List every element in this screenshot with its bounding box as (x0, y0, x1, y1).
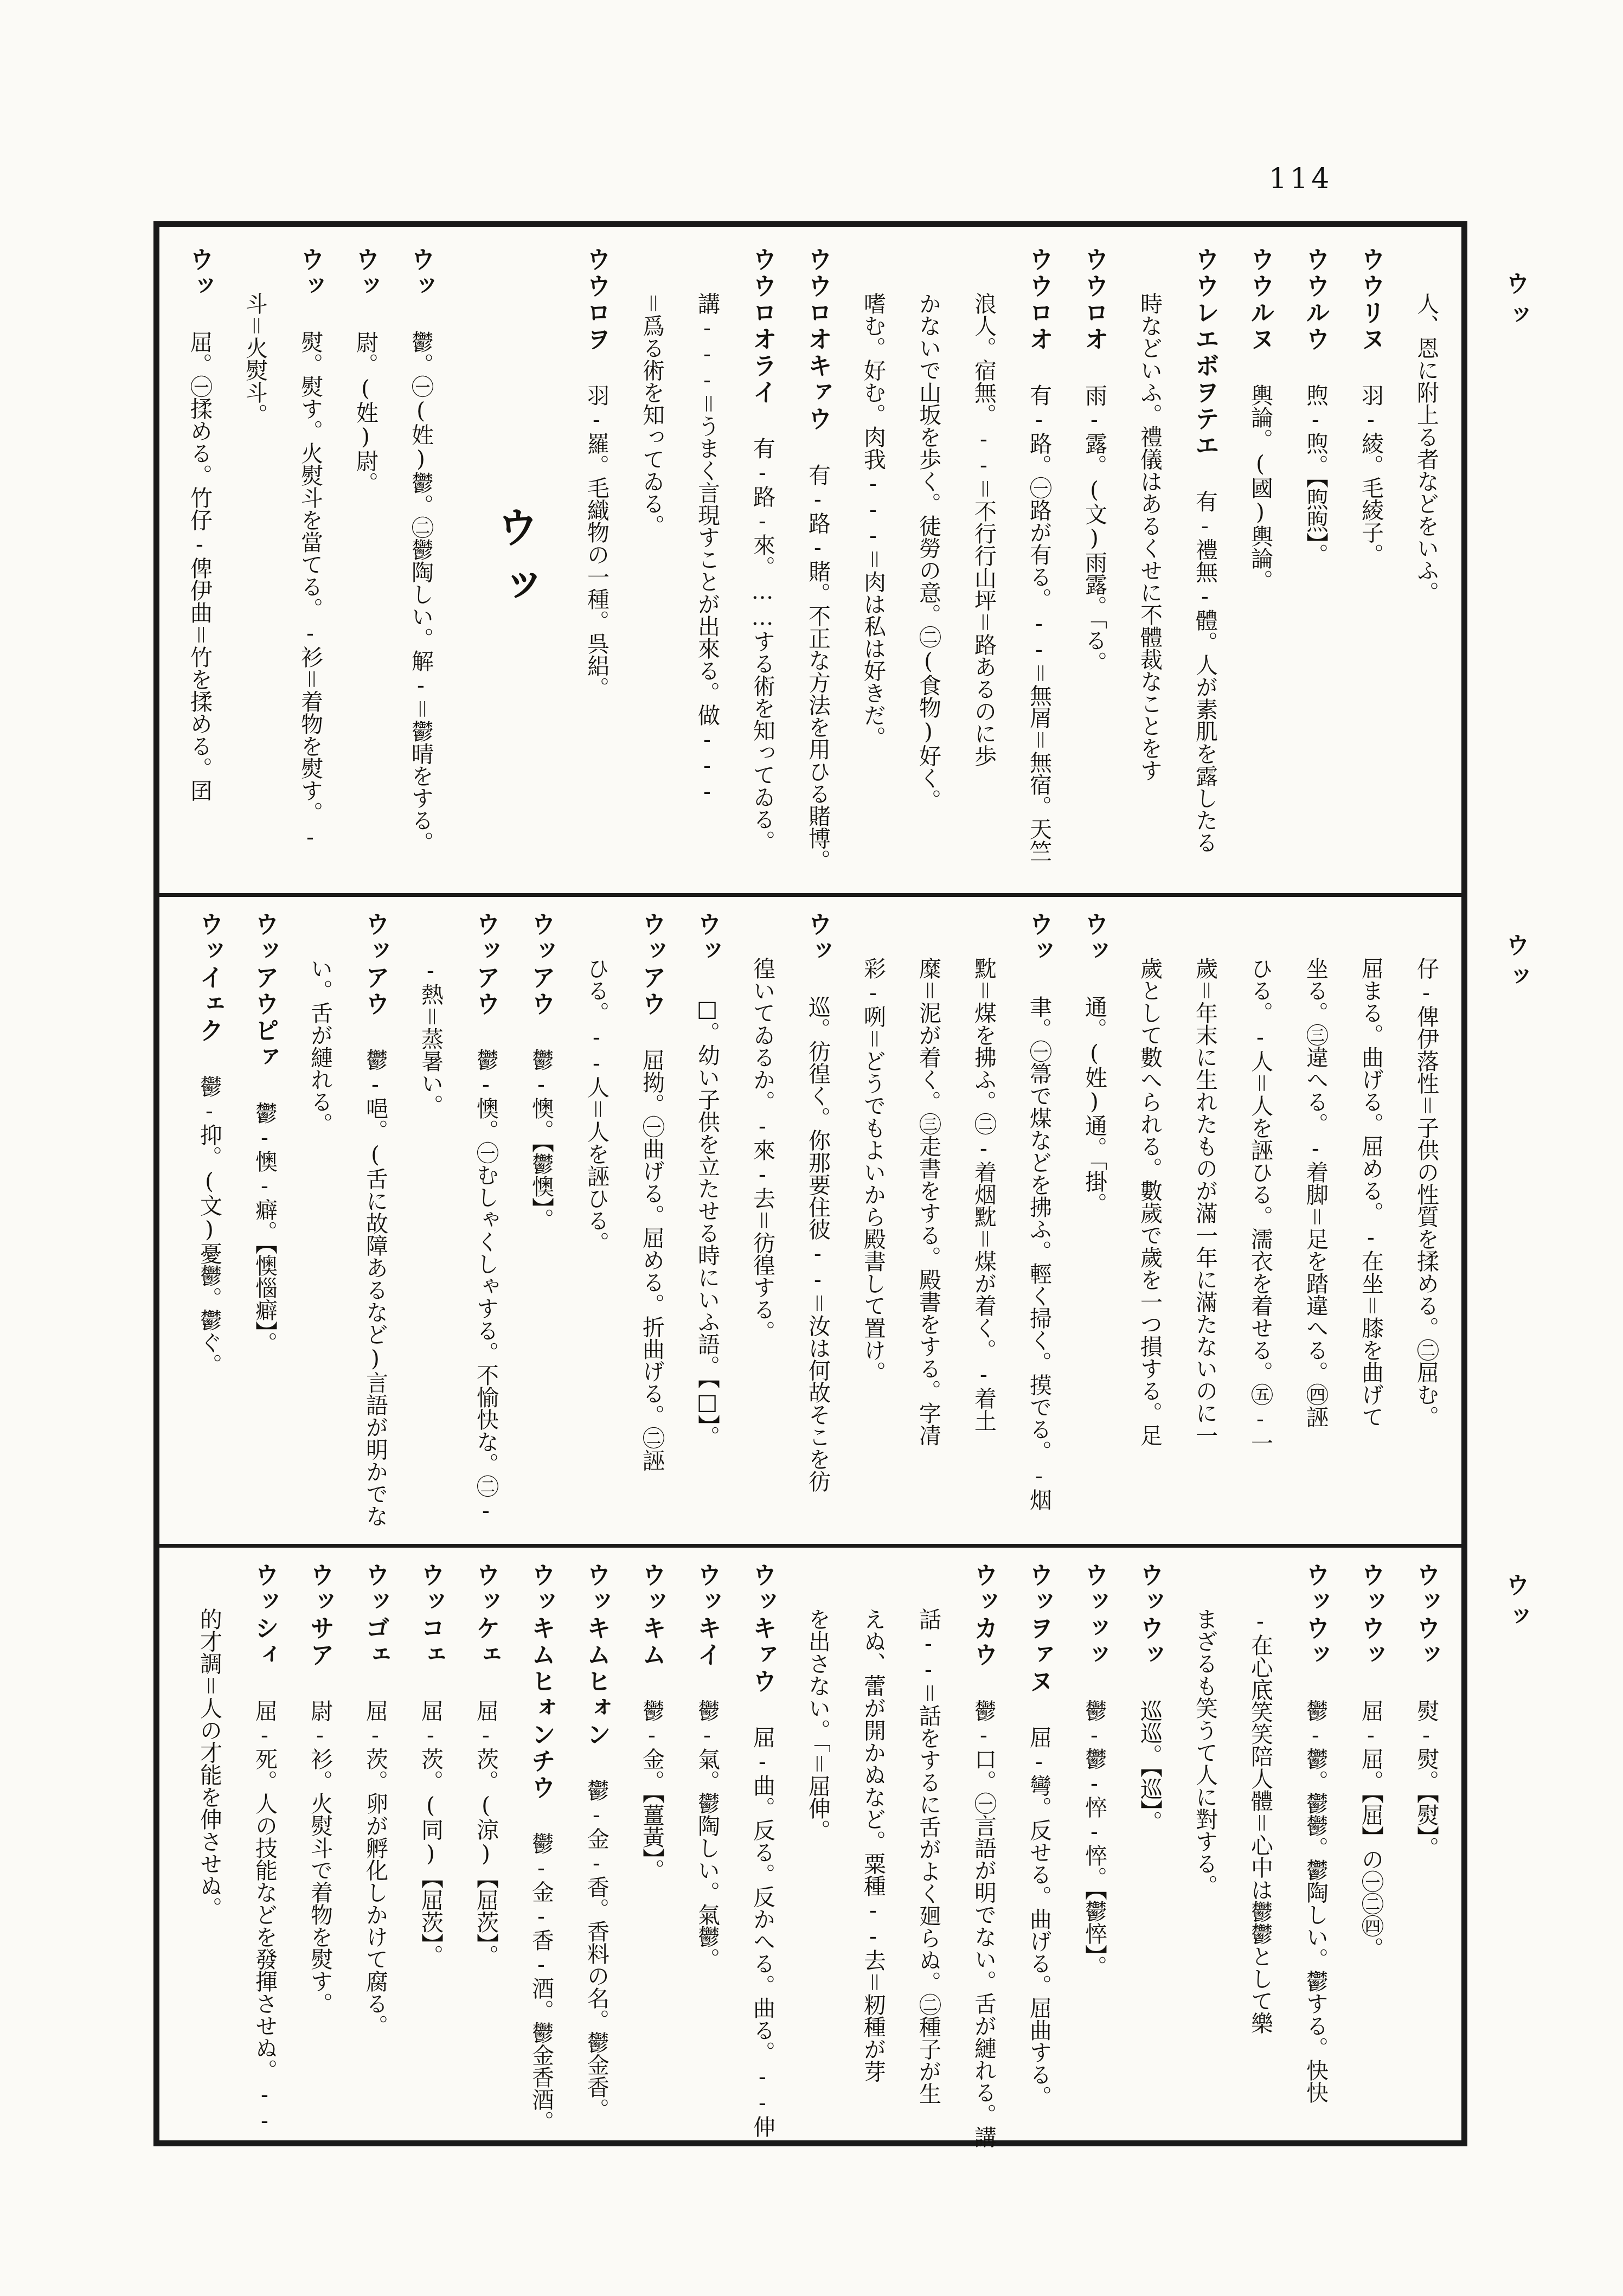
continuation-column: 歲として數へられる。數歲で歲を一つ損する。足 (1135, 912, 1170, 1535)
entry-column: ウウロオ 有-路。㊀路が有る。--＝無屑＝無宿。天竺 (1024, 247, 1059, 881)
continuation-column: 講---＝うまく言現すことが出來る。做--- (692, 247, 727, 881)
continuation-column: -熱＝蒸暑い。 (416, 912, 451, 1535)
entry-column: ウウロヲ 羽-羅。毛織物の一種。呉絽。 (582, 247, 617, 881)
headword: ウッキイ (693, 1562, 722, 1699)
entry-column: ウッ 屈。㊀揉める。竹仔-俾伊曲＝竹を揉める。囝 (185, 247, 220, 881)
definition-text: 屈-茨。(涼)【屈茨】。 (473, 1699, 499, 1967)
headword: ウッウッ (1357, 1562, 1385, 1699)
definition-text: 鬱-金-香-酒。鬱金香酒。 (528, 1832, 554, 2133)
entry-column: ウッウッ 鬱-鬱。鬱鬱。鬱陶しい。鬱する。快快と。- (1301, 1562, 1336, 2153)
headword: ウッシィ (251, 1562, 279, 1699)
headword: ウッ (1080, 912, 1109, 996)
page-border-box: 人、恩に附上る者などをいふ。ウウリヌ 羽-綾。毛綾子。ウウルウ 煦-煦。【煦煦】… (153, 221, 1467, 2146)
headword: ウウロオ (1080, 247, 1109, 384)
definition-text: 糜＝泥が着く。㊂走書をする。殿書をする。字凊 (915, 957, 941, 1446)
continuation-column: 時などいふ。禮儀はあるくせに不體裁なことをす (1135, 247, 1170, 881)
entry-column: ウッイェク 鬱-抑。(文)憂鬱。鬱ぐ。 (195, 912, 229, 1535)
definition-text: 雨-露。(文)雨露。「る。 (1081, 384, 1107, 674)
dictionary-page-scan: 114 ウッ ウッ ウッ 人、恩に附上る者などをいふ。ウウリヌ 羽-綾。毛綾子。… (0, 0, 1623, 2296)
definition-text: かないで山坂を歩く。徒勞の意。㊁(食物)好く。 (915, 292, 941, 811)
headword: ウッ (296, 247, 325, 331)
definition-text: 鬱-抑。(文)憂鬱。鬱ぐ。 (196, 1075, 222, 1376)
continuation-column: 人、恩に附上る者などをいふ。 (1412, 247, 1446, 881)
continuation-column: 坐る。㊂違へる。-着脚＝足を踏違へる。㊃誣 (1301, 912, 1336, 1535)
entry-column: ウッアウ 鬱-懊。㊀むしゃくしゃする。不愉快な。㊁- (471, 912, 506, 1535)
definition-text: まざるも笑うて人に對する。 (1192, 1608, 1218, 1897)
definition-text: 屈-屈。【屈】の㊀㊁㊃。 (1358, 1699, 1384, 1959)
entry-column: ウッキァウ 屈-曲。反る。反かへる。曲る。--伸直 (748, 1562, 782, 2153)
definition-text: えぬ、蕾が開かぬなど。粟種--去＝籾種が芽 (860, 1608, 886, 2082)
definition-text: -熱＝蒸暑い。 (418, 957, 444, 1117)
headword: ウッサア (306, 1562, 335, 1699)
entry-section-top: 人、恩に附上る者などをいふ。ウウリヌ 羽-綾。毛綾子。ウウルウ 煦-煦。【煦煦】… (164, 247, 1446, 881)
continuation-column: 嗜む。好む。肉我---＝肉は私は好きだ。 (858, 247, 893, 881)
headword: ウウロオライ (748, 247, 777, 437)
definition-text: 徨いてゐるか。-來-去＝彷徨する。 (749, 957, 775, 1343)
continuation-column: まざるも笑うて人に對する。 (1190, 1562, 1225, 2153)
definition-text: 羽-綾。毛綾子。 (1358, 384, 1384, 566)
headword: ウッコェ (416, 1562, 445, 1699)
definition-text: 羽-羅。毛織物の一種。呉絽。 (583, 384, 610, 699)
continuation-column: かないで山坂を歩く。徒勞の意。㊁(食物)好く。 (914, 247, 948, 881)
continuation-column: ひる。-人＝人を誣ひる。濡衣を着せる。㊄-一 (1246, 912, 1280, 1535)
entry-column: ウッ 尉。(姓)尉。 (351, 247, 386, 881)
headword: ウッキァウ (748, 1562, 777, 1726)
definition-text: -在心底笑笑陪人體＝心中は鬱鬱として樂 (1247, 1608, 1273, 2034)
entry-column: ウウレエボヲテエ 有-禮無-體。人が素肌を露したる (1190, 247, 1225, 881)
continuation-column: ＝爲る術を知ってゐる。 (637, 247, 672, 881)
headword: ウッアウピァ (251, 912, 279, 1102)
entry-column: ウッアウピァ 鬱-懊-癖。【懊惱癖】。 (250, 912, 285, 1535)
definition-text: 輿論。(國)輿論。 (1247, 384, 1273, 592)
headword: ウウロオ (1025, 247, 1054, 384)
definition-text: 仔-俾伊落性＝子供の性質を揉める。㊁屈む。 (1413, 957, 1439, 1428)
definition-text: 巡。彷徨く。你那要住彼--＝汝は何故そこを彷 (805, 996, 831, 1492)
definition-text: 巡巡。【巡】。 (1137, 1699, 1163, 1833)
definition-text: 鬱-金-香。香料の名。鬱金香。 (583, 1779, 610, 2120)
continuation-column: い。舌が縺れる。 (305, 912, 340, 1535)
headword: ウウルヌ (1246, 247, 1275, 384)
headword: ウッウッ (1301, 1562, 1330, 1699)
headword: ウウロオキァウ (804, 247, 832, 464)
definition-text: 有-路。㊀路が有る。--＝無屑＝無宿。天竺 (1026, 384, 1052, 862)
definition-text: ひる。-人＝人を誣ひる。濡衣を着せる。㊄-一 (1247, 957, 1273, 1454)
entry-column: ウッウッ 巡巡。【巡】。 (1135, 1562, 1170, 2153)
definition-text: ひる。--人＝人を誣ひる。 (583, 957, 610, 1254)
entry-column: ウウロオライ 有-路-來。……する術を知ってゐる。 (748, 247, 782, 881)
definition-text: 屈-彎。反せる。曲げる。屈曲する。 (1026, 1726, 1052, 2108)
continuation-column: 糜＝泥が着く。㊂走書をする。殿書をする。字凊 (914, 912, 948, 1535)
entry-column: ウッ □。幼い子供を立たせる時にいふ語。【□】。 (692, 912, 727, 1535)
definition-text: 歲として數へられる。數歲で歲を一つ損する。足 (1137, 957, 1163, 1446)
headword: ウウレエボヲテエ (1191, 247, 1220, 490)
headword: ウッアウ (638, 912, 666, 1049)
definition-text: 人、恩に附上る者などをいふ。 (1413, 292, 1439, 604)
continuation-column: 斗＝火熨斗。 (240, 247, 275, 881)
definition-text: 屈。㊀揉める。竹仔-俾伊曲＝竹を揉める。囝 (187, 331, 213, 801)
headword: ウッキムヒォン (582, 1562, 611, 1779)
definition-text: 尉-衫。火熨斗で着物を熨す。 (307, 1699, 333, 2015)
entry-column: ウウルウ 煦-煦。【煦煦】。 (1301, 247, 1336, 881)
headword: ウッアウ (527, 912, 556, 1049)
continuation-column: 黕＝煤を拂ふ。㊁-着烟黕＝煤が着く。-着土 (969, 912, 1004, 1535)
definition-text: 尉。(姓)尉。 (352, 331, 379, 494)
entry-column: ウッ 熨。熨す。火熨斗を當てる。-衫＝着物を熨す。- (296, 247, 330, 881)
margin-guide-word-top: ウッ (1498, 271, 1532, 334)
definition-text: 嗜む。好む。肉我---＝肉は私は好きだ。 (860, 292, 886, 748)
continuation-column: 彩-咧＝どうでもよいから殿書して置け。 (858, 912, 893, 1535)
headword: ウッケェ (472, 1562, 501, 1699)
headword: ウッ (407, 247, 435, 331)
page-number: 114 (1269, 163, 1332, 195)
definition-text: 熨-熨。【熨】。 (1413, 1699, 1439, 1859)
entry-column: ウッゴェ 屈-茨。卵が孵化しかけて腐る。 (361, 1562, 395, 2153)
entry-column: ウッカウ 鬱-口。㊀言語が明でない。舌が縺れる。講 (969, 1562, 1004, 2153)
definition-text: 鬱-唈。(舌に故障あるなど)言語が明かでな (362, 1049, 388, 1527)
continuation-column: 徨いてゐるか。-來-去＝彷徨する。 (748, 912, 782, 1535)
headword: ウッ (1025, 912, 1054, 996)
entry-column: ウッシィ 屈-死。人の技能などを發揮させぬ。--人 (250, 1562, 285, 2153)
continuation-column: -在心底笑笑陪人體＝心中は鬱鬱として樂 (1246, 1562, 1280, 2153)
section-divider-rule-2 (159, 1544, 1461, 1548)
entry-column: ウッ 聿。㊀箒で煤などを拂ふ。輕く掃く。摸でる。-烟 (1024, 912, 1059, 1535)
headword: ウウリヌ (1357, 247, 1385, 384)
definition-text: 彩-咧＝どうでもよいから殿書して置け。 (860, 957, 886, 1383)
headword: ウッ (185, 247, 214, 331)
definition-text: 坐る。㊂違へる。-着脚＝足を踏違へる。㊃誣 (1303, 957, 1329, 1428)
headword: ウッウッ (1136, 1562, 1164, 1699)
margin-guide-word-bottom: ウッ (1498, 1573, 1532, 1636)
headword: ウッ (804, 912, 832, 996)
definition-text: 的才調＝人の才能を伸させぬ。 (196, 1608, 222, 1919)
entry-column: ウッ 鬱。㊀(姓)鬱。㊁鬱陶しい。解-＝鬱晴をする。 (406, 247, 441, 881)
entry-column: ウッアウ 鬱-唈。(舌に故障あるなど)言語が明かでな (361, 912, 395, 1535)
definition-text: 有-禮無-體。人が素肌を露したる (1192, 490, 1218, 854)
continuation-column: えぬ、蕾が開かぬなど。粟種--去＝籾種が芽 (858, 1562, 893, 2153)
continuation-column: 歲＝年末に生れたものが滿一年に滿たないのに一 (1190, 912, 1225, 1535)
headword: ウッカウ (970, 1562, 998, 1699)
definition-text: 歲＝年末に生れたものが滿一年に滿たないのに一 (1192, 957, 1218, 1446)
entry-column: ウウリヌ 羽-綾。毛綾子。 (1356, 247, 1391, 881)
definition-text: 鬱-懊-癖。【懊惱癖】。 (252, 1102, 278, 1354)
definition-text: 黕＝煤を拂ふ。㊁-着烟黕＝煤が着く。-着土 (971, 957, 997, 1432)
definition-text: 屈-茨。卵が孵化しかけて腐る。 (362, 1699, 388, 2037)
definition-text: 熨。熨す。火熨斗を當てる。-衫＝着物を熨す。- (297, 331, 323, 850)
headword: ウッヲァヌ (1025, 1562, 1054, 1726)
headword: ウッキムヒォンチウ (527, 1562, 556, 1832)
headword: ウッアウ (472, 912, 501, 1049)
entry-column: ウウロオ 雨-露。(文)雨露。「る。 (1080, 247, 1114, 881)
definition-text: 鬱-鬱-悴-悴。【鬱悴】。 (1081, 1699, 1107, 1978)
continuation-column: 屈まる。曲げる。屈める。-在坐＝膝を曲げて (1356, 912, 1391, 1535)
entry-column: ウッッッ 鬱-鬱-悴-悴。【鬱悴】。 (1080, 1562, 1114, 2153)
definition-text: 煦-煦。【煦煦】。 (1303, 384, 1329, 566)
definition-text: 鬱。㊀(姓)鬱。㊁鬱陶しい。解-＝鬱晴をする。 (408, 331, 434, 854)
entry-section-bottom: ウッウッ 熨-熨。【熨】。ウッウッ 屈-屈。【屈】の㊀㊁㊃。ウッウッ 鬱-鬱。鬱… (174, 1562, 1446, 2153)
headword: ウッッッ (1080, 1562, 1109, 1699)
entry-column: ウッキム 鬱-金。【薑黃】。 (637, 1562, 672, 2153)
definition-text: を出さない。「＝屈伸。 (805, 1608, 831, 1842)
definition-text: 屈拗。㊀曲げる。屈める。折曲げる。㊁誣 (639, 1049, 665, 1471)
definition-text: 鬱-口。㊀言語が明でない。舌が縺れる。講 (971, 1699, 997, 2148)
continuation-column: ひる。--人＝人を誣ひる。 (582, 912, 617, 1535)
entry-column: ウッサア 尉-衫。火熨斗で着物を熨す。 (305, 1562, 340, 2153)
entry-column: ウッウッ 熨-熨。【熨】。 (1412, 1562, 1446, 2153)
entry-column: ウッキムヒォンチウ 鬱-金-香-酒。鬱金香酒。 (527, 1562, 561, 2153)
headword: ウッウッ (1412, 1562, 1441, 1699)
section-divider-rule-1 (159, 893, 1461, 897)
continuation-column: 仔-俾伊落性＝子供の性質を揉める。㊁屈む。 (1412, 912, 1446, 1535)
definition-text: 鬱-懊。【鬱懊】。 (528, 1049, 554, 1230)
entry-column: ウッ 巡。彷徨く。你那要住彼--＝汝は何故そこを彷 (803, 912, 838, 1535)
definition-text: 通。(姓)通。「掛。 (1081, 996, 1107, 1215)
headword: ウッゴェ (361, 1562, 390, 1699)
entry-column: ウッアウ 鬱-懊。【鬱懊】。 (527, 912, 561, 1535)
definition-text: ＝爲る術を知ってゐる。 (639, 292, 665, 537)
headword: ウッ (351, 247, 380, 331)
definition-text: □。幼い子供を立たせる時にいふ語。【□】。 (694, 996, 720, 1448)
definition-text: 斗＝火熨斗。 (242, 292, 268, 426)
entry-section-middle: 仔-俾伊落性＝子供の性質を揉める。㊁屈む。屈まる。曲げる。屈める。-在坐＝膝を曲… (174, 912, 1446, 1535)
definition-text: 鬱-懊。㊀むしゃくしゃする。不愉快な。㊁- (473, 1049, 499, 1523)
headword: ウウロヲ (582, 247, 611, 384)
definition-text: 聿。㊀箒で煤などを拂ふ。輕く掃く。摸でる。-烟 (1026, 996, 1052, 1511)
entry-column: ウッヲァヌ 屈-彎。反せる。曲げる。屈曲する。 (1024, 1562, 1059, 2153)
definition-text: 鬱-金。【薑黃】。 (639, 1699, 665, 1881)
continuation-column: 的才調＝人の才能を伸させぬ。 (195, 1562, 229, 2153)
definition-text: 浪人。宿無。--＝不行行山坪＝路あるのに歩 (971, 292, 997, 767)
headword: ウッアウ (361, 912, 390, 1049)
headword: ウッ (693, 912, 722, 996)
definition-text: 有-路-來。……する術を知ってゐる。 (749, 437, 775, 852)
definition-text: 時などいふ。禮儀はあるくせに不體裁なことをす (1137, 292, 1163, 781)
entry-column: ウッケェ 屈-茨。(涼)【屈茨】。 (471, 1562, 506, 2153)
entry-column: ウッキイ 鬱-氣。鬱陶しい。氣鬱。 (692, 1562, 727, 2153)
definition-text: 講---＝うまく言現すことが出來る。做--- (694, 292, 720, 804)
headword: ウウルウ (1301, 247, 1330, 384)
entry-column: ウッウッ 屈-屈。【屈】の㊀㊁㊃。 (1356, 1562, 1391, 2153)
definition-text: 屈-茨。(同)【屈茨】。 (418, 1699, 444, 1967)
entry-column: ウッコェ 屈-茨。(同)【屈茨】。 (416, 1562, 451, 2153)
entry-column: ウッキムヒォン 鬱-金-香。香料の名。鬱金香。 (582, 1562, 617, 2153)
entry-column: ウッ 通。(姓)通。「掛。 (1080, 912, 1114, 1535)
margin-guide-word-middle: ウッ (1498, 933, 1532, 996)
definition-text: 屈まる。曲げる。屈める。-在坐＝膝を曲げて (1358, 957, 1384, 1428)
definition-text: 話--＝話をするに舌がよく廻らぬ。㊁種子が生 (915, 1608, 941, 2105)
continuation-column: を出さない。「＝屈伸。 (803, 1562, 838, 2153)
section-letter-heading: ウッ (473, 247, 555, 881)
continuation-column: 浪人。宿無。--＝不行行山坪＝路あるのに歩 (969, 247, 1004, 881)
entry-column: ウウルヌ 輿論。(國)輿論。 (1246, 247, 1280, 881)
continuation-column: 話--＝話をするに舌がよく廻らぬ。㊁種子が生 (914, 1562, 948, 2153)
headword: ウッキム (638, 1562, 666, 1699)
entry-column: ウウロオキァウ 有-路-賭。不正な方法を用ひる賭博。 (803, 247, 838, 881)
definition-text: い。舌が縺れる。 (307, 957, 333, 1135)
definition-text: 有-路-賭。不正な方法を用ひる賭博。 (805, 464, 831, 871)
headword: ウッイェク (195, 912, 224, 1075)
definition-text: 鬱-氣。鬱陶しい。氣鬱。 (694, 1699, 720, 1970)
entry-column: ウッアウ 屈拗。㊀曲げる。屈める。折曲げる。㊁誣 (637, 912, 672, 1535)
